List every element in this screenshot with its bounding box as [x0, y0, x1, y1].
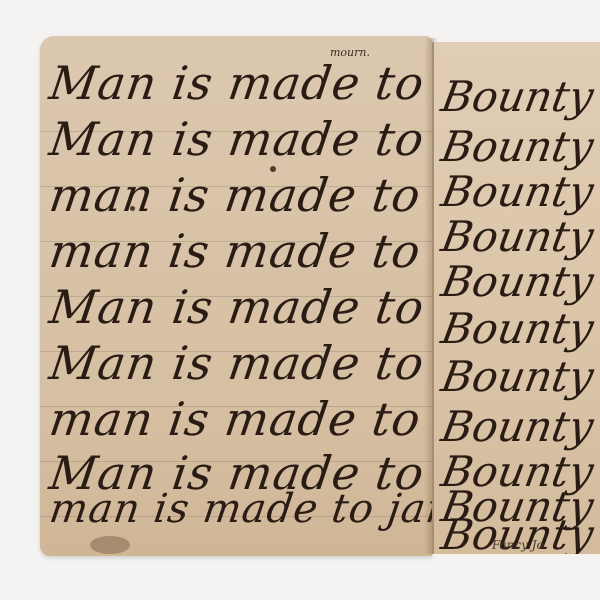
handwriting-line: Man is made to: [46, 112, 432, 166]
right-page: Bounty Bounty Bounty Bounty Bounty Bount…: [432, 42, 600, 554]
handwriting-line: Bounty: [438, 72, 600, 121]
handwriting-line: man is made to: [46, 392, 432, 446]
ink-blot: [130, 206, 135, 211]
left-page: mourn. Man is made to Man is made to man…: [40, 36, 432, 556]
handwriting-line: man is made to: [46, 224, 432, 278]
handwriting-line: man is made to jancy: [47, 486, 432, 532]
handwriting-line: Man is made to: [46, 336, 432, 390]
ink-stain: [90, 536, 130, 554]
ink-blot: [270, 166, 276, 172]
handwriting-line: Bounty: [438, 257, 600, 306]
handwriting-line: Bounty: [438, 122, 600, 171]
handwriting-line: Bounty: [438, 212, 600, 261]
handwriting-line: Bounty: [438, 304, 600, 353]
handwriting-line: Man is made to: [46, 280, 432, 334]
copybook: mourn. Man is made to Man is made to man…: [40, 28, 600, 560]
handwriting-line: Man is made to: [46, 56, 432, 110]
handwriting-line: man is made to: [46, 168, 432, 222]
handwriting-line: Bounty: [438, 352, 600, 401]
annotation-bottom: Fancy Jo: [492, 538, 544, 552]
handwriting-line: Bounty: [438, 167, 600, 216]
handwriting-line: Bounty: [438, 402, 600, 451]
